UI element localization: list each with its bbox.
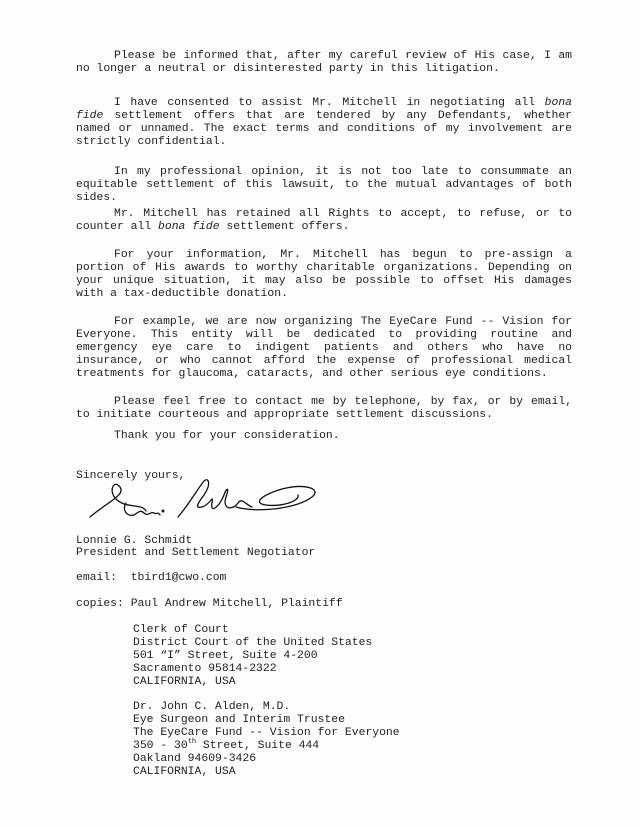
address-line: Dr. John C. Alden, M.D. xyxy=(133,701,400,714)
address-line: 350 - 30th Street, Suite 444 xyxy=(133,740,400,753)
email-address: tbird1@cwo.com xyxy=(131,572,227,584)
paragraph: For example, we are now organizing The E… xyxy=(76,316,572,381)
paragraph: I have consented to assist Mr. Mitchell … xyxy=(76,97,572,149)
address-line: CALIFORNIA, USA xyxy=(133,676,372,689)
copies-row: copies: Paul Andrew Mitchell, Plaintiff xyxy=(76,598,343,611)
address-line: 501 “I” Street, Suite 4-200 xyxy=(133,650,372,663)
paragraph: Please be informed that, after my carefu… xyxy=(76,50,572,76)
address-line: District Court of the United States xyxy=(133,637,372,650)
paragraph: For your information, Mr. Mitchell has b… xyxy=(76,249,572,301)
address-line: Oakland 94609-3426 xyxy=(133,753,400,766)
paragraph: In my professional opinion, it is not to… xyxy=(76,166,572,205)
recipient-alden-address: Dr. John C. Alden, M.D.Eye Surgeon and I… xyxy=(133,701,400,779)
address-line: Eye Surgeon and Interim Trustee xyxy=(133,714,400,727)
email-label: email: xyxy=(76,572,117,584)
address-line: The EyeCare Fund -- Vision for Everyone xyxy=(133,727,400,740)
address-line: Clerk of Court xyxy=(133,624,372,637)
email-row: email: tbird1@cwo.com xyxy=(76,572,226,585)
recipient-clerk-address: Clerk of CourtDistrict Court of the Unit… xyxy=(133,624,372,689)
letter-page: Please be informed that, after my carefu… xyxy=(0,0,640,828)
address-line: Sacramento 95814-2322 xyxy=(133,663,372,676)
copies-recipient-plaintiff: Paul Andrew Mitchell, Plaintiff xyxy=(131,598,343,610)
copies-label: copies: xyxy=(76,598,124,610)
paragraph: Please feel free to contact me by teleph… xyxy=(76,396,572,422)
signature-icon xyxy=(86,473,326,523)
signer-title: President and Settlement Negotiator xyxy=(76,547,315,560)
paragraph: Thank you for your consideration. xyxy=(76,430,572,443)
address-line: CALIFORNIA, USA xyxy=(133,766,400,779)
paragraph: Mr. Mitchell has retained all Rights to … xyxy=(76,208,572,234)
